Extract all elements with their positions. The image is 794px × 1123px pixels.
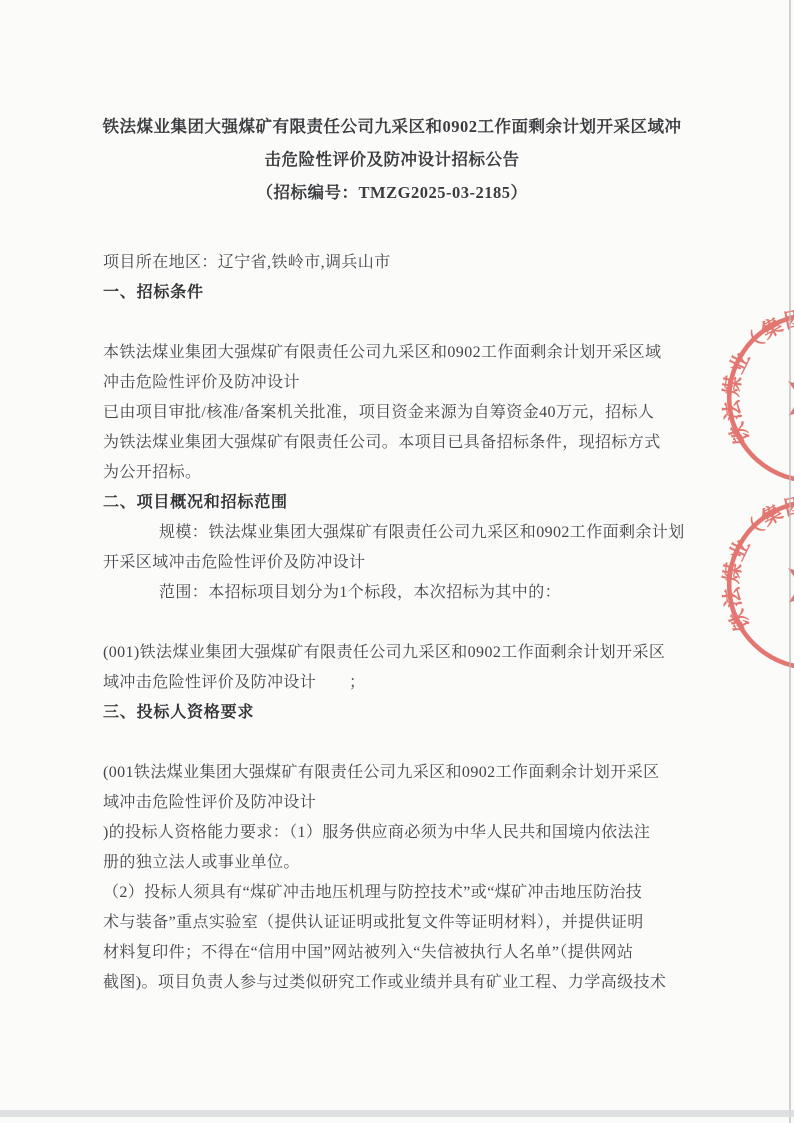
- text-line: 术与装备”重点实验室（提供认证证明或批复文件等证明材料），并提供证明: [103, 908, 694, 938]
- text-line: 域冲击危险性评价及防冲设计 ；: [103, 668, 694, 698]
- text-line: 开采区域冲击危险性评价及防冲设计: [103, 548, 694, 578]
- text-line: (001)铁法煤业集团大强煤矿有限责任公司九采区和0902工作面剩余计划开采区: [103, 638, 694, 668]
- text-line: )的投标人资格能力要求：（1）服务供应商必须为中华人民共和国境内依法注: [103, 818, 694, 848]
- scanned-document-page: 铁法煤业集团大强煤矿有限责任公司九采区和0902工作面剩余计划开采区域冲 击危险…: [0, 0, 794, 1123]
- text-line: 域冲击危险性评价及防冲设计: [103, 788, 694, 818]
- text-line: 为铁法煤业集团大强煤矿有限责任公司。本项目已具备招标条件，现招标方式: [103, 428, 694, 458]
- title-line-1: 铁法煤业集团大强煤矿有限责任公司九采区和0902工作面剩余计划开采区域冲: [60, 110, 724, 143]
- text-line: 已由项目审批/核准/备案机关批准，项目资金来源为自筹资金40万元，招标人: [103, 398, 694, 428]
- text-line: 本铁法煤业集团大强煤矿有限责任公司九采区和0902工作面剩余计划开采区域: [103, 338, 694, 368]
- text-line: 材料复印件；不得在“信用中国”网站被列入“失信被执行人名单”（提供网站: [103, 938, 694, 968]
- section-3-heading: 三、投标人资格要求: [103, 698, 694, 728]
- stamp-arc-text: 铁法煤业（集团）: [687, 275, 794, 455]
- stamp-arc-text: 铁法煤业（集团）: [687, 462, 794, 642]
- text-line: 为公开招标。: [103, 458, 694, 488]
- title-line-2: 击危险性评价及防冲设计招标公告: [60, 143, 724, 176]
- text-line: （2）投标人须具有“煤矿冲击地压机理与防控技术”或“煤矿冲击地压防治技: [103, 878, 694, 908]
- tender-number: （招标编号：TMZG2025-03-2185）: [60, 176, 724, 209]
- project-location-line: 项目所在地区：辽宁省,铁岭市,调兵山市: [103, 248, 694, 278]
- text-line: 冲击危险性评价及防冲设计: [103, 368, 694, 398]
- scan-bottom-band: [0, 1110, 794, 1117]
- document-body: 项目所在地区：辽宁省,铁岭市,调兵山市 一、招标条件 本铁法煤业集团大强煤矿有限…: [103, 248, 694, 998]
- svg-text:铁法煤业（集团）: 铁法煤业（集团）: [687, 462, 794, 642]
- company-stamp: 铁法煤业（集团） 21128100: [684, 457, 794, 713]
- text-line: 规模：铁法煤业集团大强煤矿有限责任公司九采区和0902工作面剩余计划: [103, 518, 694, 548]
- text-line: 范围：本招标项目划分为1个标段，本次招标为其中的：: [103, 578, 694, 608]
- text-line: (001铁法煤业集团大强煤矿有限责任公司九采区和0902工作面剩余计划开采区: [103, 758, 694, 788]
- document-title: 铁法煤业集团大强煤矿有限责任公司九采区和0902工作面剩余计划开采区域冲 击危险…: [60, 110, 724, 209]
- section-2-heading: 二、项目概况和招标范围: [103, 488, 694, 518]
- svg-text:铁法煤业（集团）: 铁法煤业（集团）: [687, 275, 794, 455]
- text-line: 截图)。项目负责人参与过类似研究工作或业绩并具有矿业工程、力学高级技术: [103, 968, 694, 998]
- scan-edge-line: [789, 0, 791, 1123]
- section-1-heading: 一、招标条件: [103, 278, 694, 308]
- text-line: 册的独立法人或事业单位。: [103, 848, 694, 878]
